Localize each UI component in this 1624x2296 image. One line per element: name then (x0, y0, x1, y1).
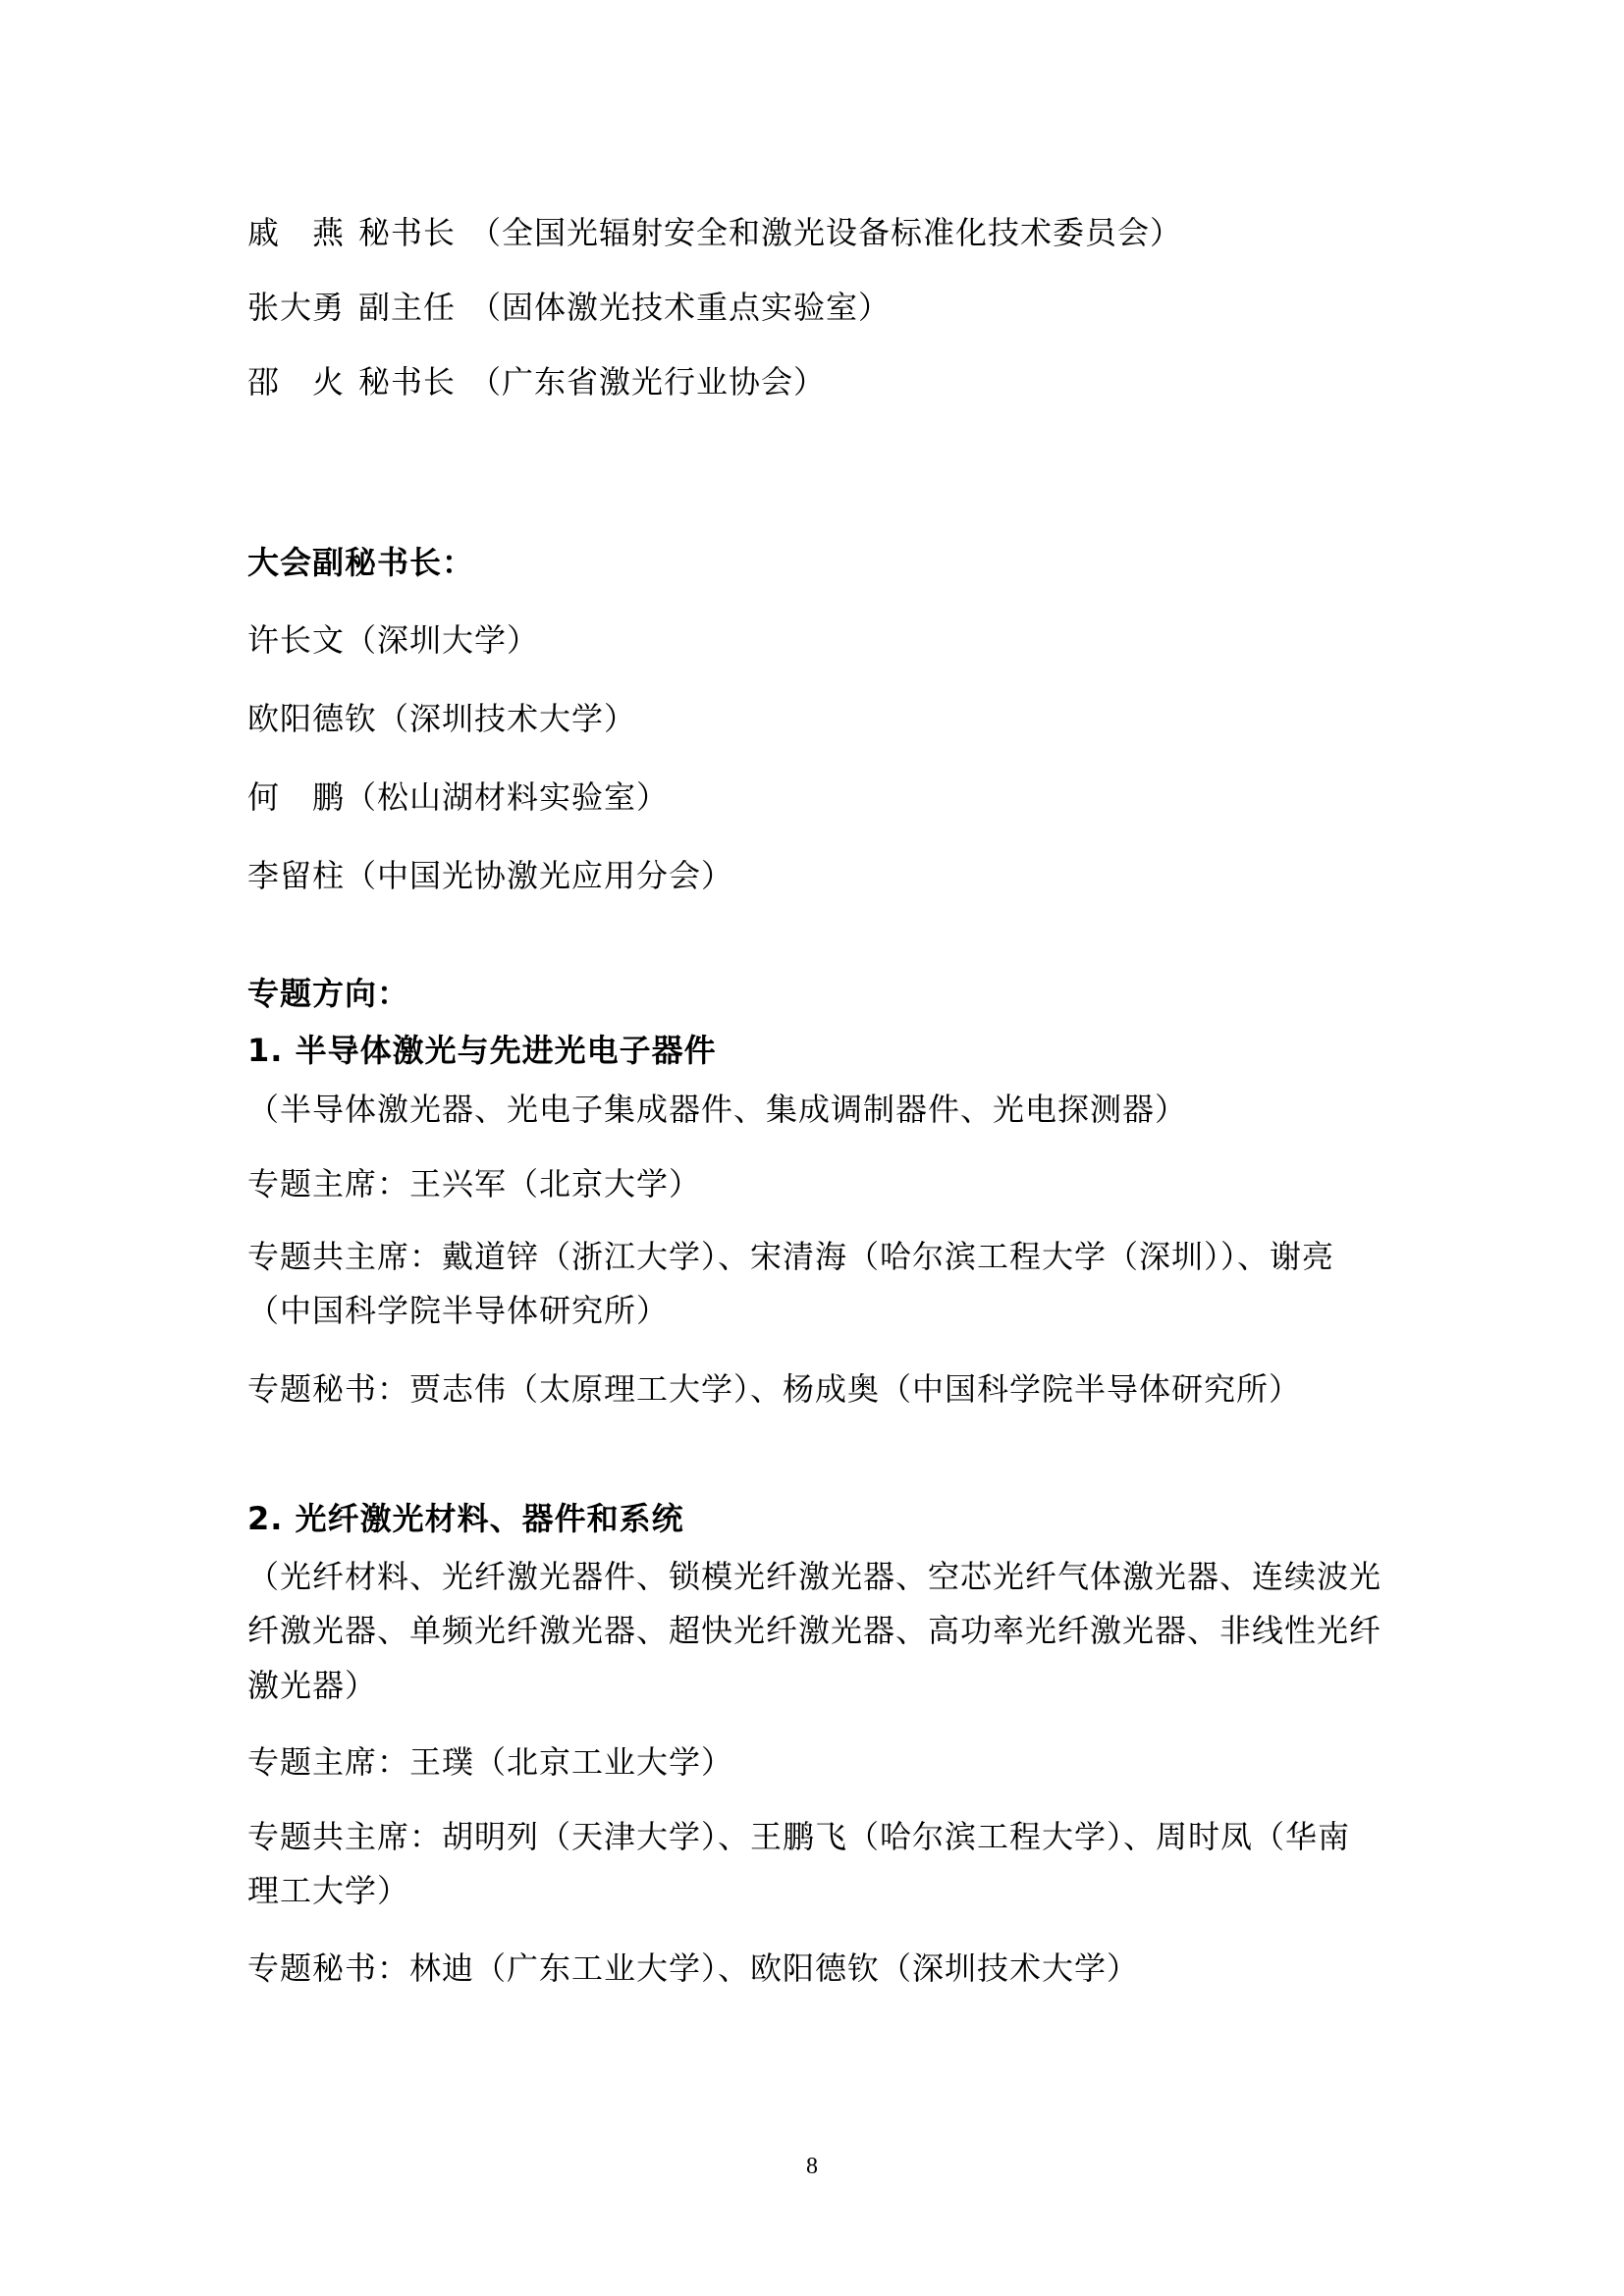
topic-scope: （光纤材料、光纤激光器件、锁模光纤激光器、空芯光纤气体激光器、连续波光 (247, 1557, 1381, 1596)
deputy-secretary-item: 何 鹏（松山湖材料实验室） (247, 777, 669, 817)
topic-cochair: 专题共主席：戴道锌（浙江大学）、宋清海（哈尔滨工程大学（深圳））、谢亮 (247, 1237, 1334, 1276)
topic-chair: 专题主席：王兴军（北京大学） (247, 1164, 701, 1203)
secretary-general-row: 邵 火秘书长（广东省激光行业协会） (247, 362, 826, 401)
person-role: 秘书长 (358, 362, 456, 401)
topic-secretary: 专题秘书：林迪（广东工业大学）、欧阳德钦（深圳技术大学） (247, 1949, 1139, 1988)
topic-chair: 专题主席：王璞（北京工业大学） (247, 1742, 733, 1782)
person-name: 戚 燕 (247, 213, 345, 252)
person-name: 张大勇 (247, 288, 345, 327)
page-number: 8 (0, 2153, 1624, 2180)
topic-cochair-cont: （中国科学院半导体研究所） (247, 1291, 669, 1330)
document-page: 戚 燕秘书长（全国光辐射安全和激光设备标准化技术委员会） 张大勇副主任（固体激光… (0, 0, 1624, 2296)
secretary-general-row: 戚 燕秘书长（全国光辐射安全和激光设备标准化技术委员会） (247, 213, 1182, 252)
deputy-secretary-item: 李留柱（中国光协激光应用分会） (247, 856, 733, 895)
person-org: （固体激光技术重点实验室） (469, 288, 891, 327)
deputy-secretary-item: 欧阳德钦（深圳技术大学） (247, 699, 636, 738)
person-role: 副主任 (358, 288, 456, 327)
topic-title: 1. 半导体激光与先进光电子器件 (247, 1031, 717, 1070)
person-org: （广东省激光行业协会） (469, 362, 826, 401)
person-name: 邵 火 (247, 362, 345, 401)
topics-heading: 专题方向： (247, 974, 409, 1013)
person-org: （全国光辐射安全和激光设备标准化技术委员会） (469, 213, 1182, 252)
secretary-general-row: 张大勇副主任（固体激光技术重点实验室） (247, 288, 891, 327)
person-role: 秘书长 (358, 213, 456, 252)
topic-title: 2. 光纤激光材料、器件和系统 (247, 1499, 684, 1538)
topic-scope-cont: 激光器） (247, 1666, 377, 1705)
topic-cochair: 专题共主席：胡明列（天津大学）、王鹏飞（哈尔滨工程大学）、周时凤（华南 (247, 1817, 1350, 1856)
topic-scope: （半导体激光器、光电子集成器件、集成调制器件、光电探测器） (247, 1090, 1187, 1129)
deputy-secretary-item: 许长文（深圳大学） (247, 620, 539, 660)
topic-scope-cont: 纤激光器、单频光纤激光器、超快光纤激光器、高功率光纤激光器、非线性光纤 (247, 1611, 1381, 1650)
deputy-secretaries-heading: 大会副秘书长： (247, 543, 474, 582)
topic-cochair-cont: 理工大学） (247, 1871, 409, 1910)
topic-secretary: 专题秘书：贾志伟（太原理工大学）、杨成奥（中国科学院半导体研究所） (247, 1369, 1301, 1409)
